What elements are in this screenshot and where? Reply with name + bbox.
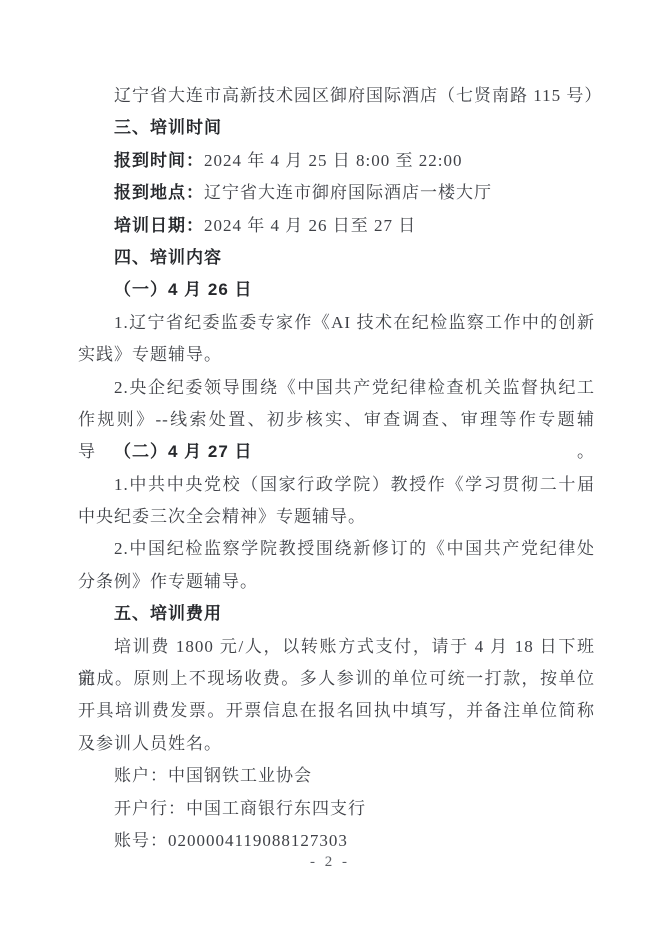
text-segment: 账户：中国钢铁工业协会 bbox=[114, 766, 312, 785]
bold-text-segment: 报到时间： bbox=[114, 151, 204, 170]
text-segment: 辽宁省大连市高新技术园区御府国际酒店（七贤南路 115 号） bbox=[114, 86, 602, 105]
text-segment: 实践》专题辅导。 bbox=[78, 345, 222, 364]
document-line: 账户：中国钢铁工业协会 bbox=[78, 760, 595, 792]
text-segment: 2.央企纪委领导围绕《中国共产党纪律检查机关监督执纪工 bbox=[114, 378, 595, 397]
document-line: 2.央企纪委领导围绕《中国共产党纪律检查机关监督执纪工 bbox=[78, 372, 595, 404]
bold-text-segment: 培训日期： bbox=[114, 216, 204, 235]
text-segment: 开户行：中国工商银行东四支行 bbox=[114, 799, 366, 818]
document-line: 开具培训费发票。开票信息在报名回执中填写，并备注单位简称 bbox=[78, 695, 595, 727]
text-segment: 2024 年 4 月 26 日至 27 日 bbox=[204, 216, 416, 235]
document-line: 报到时间：2024 年 4 月 25 日 8:00 至 22:00 bbox=[78, 145, 595, 177]
document-line: 2.中国纪检监察学院教授围绕新修订的《中国共产党纪律处 bbox=[78, 533, 595, 565]
document-line: 报到地点：辽宁省大连市御府国际酒店一楼大厅 bbox=[78, 177, 595, 209]
document-line: 开户行：中国工商银行东四支行 bbox=[78, 793, 595, 825]
text-segment: 1.中共中央党校（国家行政学院）教授作《学习贯彻二十届 bbox=[114, 475, 595, 494]
bold-text-segment: 四、培训内容 bbox=[114, 248, 222, 267]
text-segment: 及参训人员姓名。 bbox=[78, 734, 222, 753]
text-segment: 完成。原则上不现场收费。多人参训的单位可统一打款，按单位 bbox=[78, 669, 595, 688]
text-segment: 辽宁省大连市御府国际酒店一楼大厅 bbox=[204, 183, 492, 202]
page-number: - 2 - bbox=[0, 850, 660, 874]
document-line: 三、培训时间 bbox=[78, 112, 595, 144]
text-segment: 2.中国纪检监察学院教授围绕新修订的《中国共产党纪律处 bbox=[114, 539, 595, 558]
document-line: 及参训人员姓名。 bbox=[78, 728, 595, 760]
bold-text-segment: 五、培训费用 bbox=[114, 604, 222, 623]
document-page: 辽宁省大连市高新技术园区御府国际酒店（七贤南路 115 号）三、培训时间报到时间… bbox=[0, 0, 660, 933]
text-segment: 2024 年 4 月 25 日 8:00 至 22:00 bbox=[204, 151, 462, 170]
bold-text-segment: （一）4 月 26 日 bbox=[114, 280, 253, 299]
document-line: 辽宁省大连市高新技术园区御府国际酒店（七贤南路 115 号） bbox=[78, 80, 595, 112]
document-line: 培训费 1800 元/人，以转账方式支付，请于 4 月 18 日下班前 bbox=[78, 631, 595, 663]
document-body: 辽宁省大连市高新技术园区御府国际酒店（七贤南路 115 号）三、培训时间报到时间… bbox=[78, 80, 595, 857]
bold-text-segment: （二）4 月 27 日 bbox=[114, 442, 253, 461]
document-line: 培训日期：2024 年 4 月 26 日至 27 日 bbox=[78, 210, 595, 242]
document-line: 实践》专题辅导。 bbox=[78, 339, 595, 371]
bold-text-segment: 报到地点： bbox=[114, 183, 204, 202]
text-segment: 1.辽宁省纪委监委专家作《AI 技术在纪检监察工作中的创新 bbox=[114, 313, 595, 332]
bold-text-segment: 三、培训时间 bbox=[114, 118, 222, 137]
document-line: 分条例》作专题辅导。 bbox=[78, 566, 595, 598]
document-line: （一）4 月 26 日 bbox=[78, 274, 595, 306]
text-segment: 账号：0200004119088127303 bbox=[114, 831, 348, 850]
text-segment: 分条例》作专题辅导。 bbox=[78, 572, 258, 591]
document-line: 作规则》--线索处置、初步核实、审查调查、审理等作专题辅导。 bbox=[78, 404, 595, 436]
document-line: 1.辽宁省纪委监委专家作《AI 技术在纪检监察工作中的创新 bbox=[78, 307, 595, 339]
document-line: 1.中共中央党校（国家行政学院）教授作《学习贯彻二十届 bbox=[78, 469, 595, 501]
document-line: 五、培训费用 bbox=[78, 598, 595, 630]
document-line: 完成。原则上不现场收费。多人参训的单位可统一打款，按单位 bbox=[78, 663, 595, 695]
document-line: 中央纪委三次全会精神》专题辅导。 bbox=[78, 501, 595, 533]
text-segment: 开具培训费发票。开票信息在报名回执中填写，并备注单位简称 bbox=[78, 701, 595, 720]
document-line: 四、培训内容 bbox=[78, 242, 595, 274]
text-segment: 中央纪委三次全会精神》专题辅导。 bbox=[78, 507, 366, 526]
